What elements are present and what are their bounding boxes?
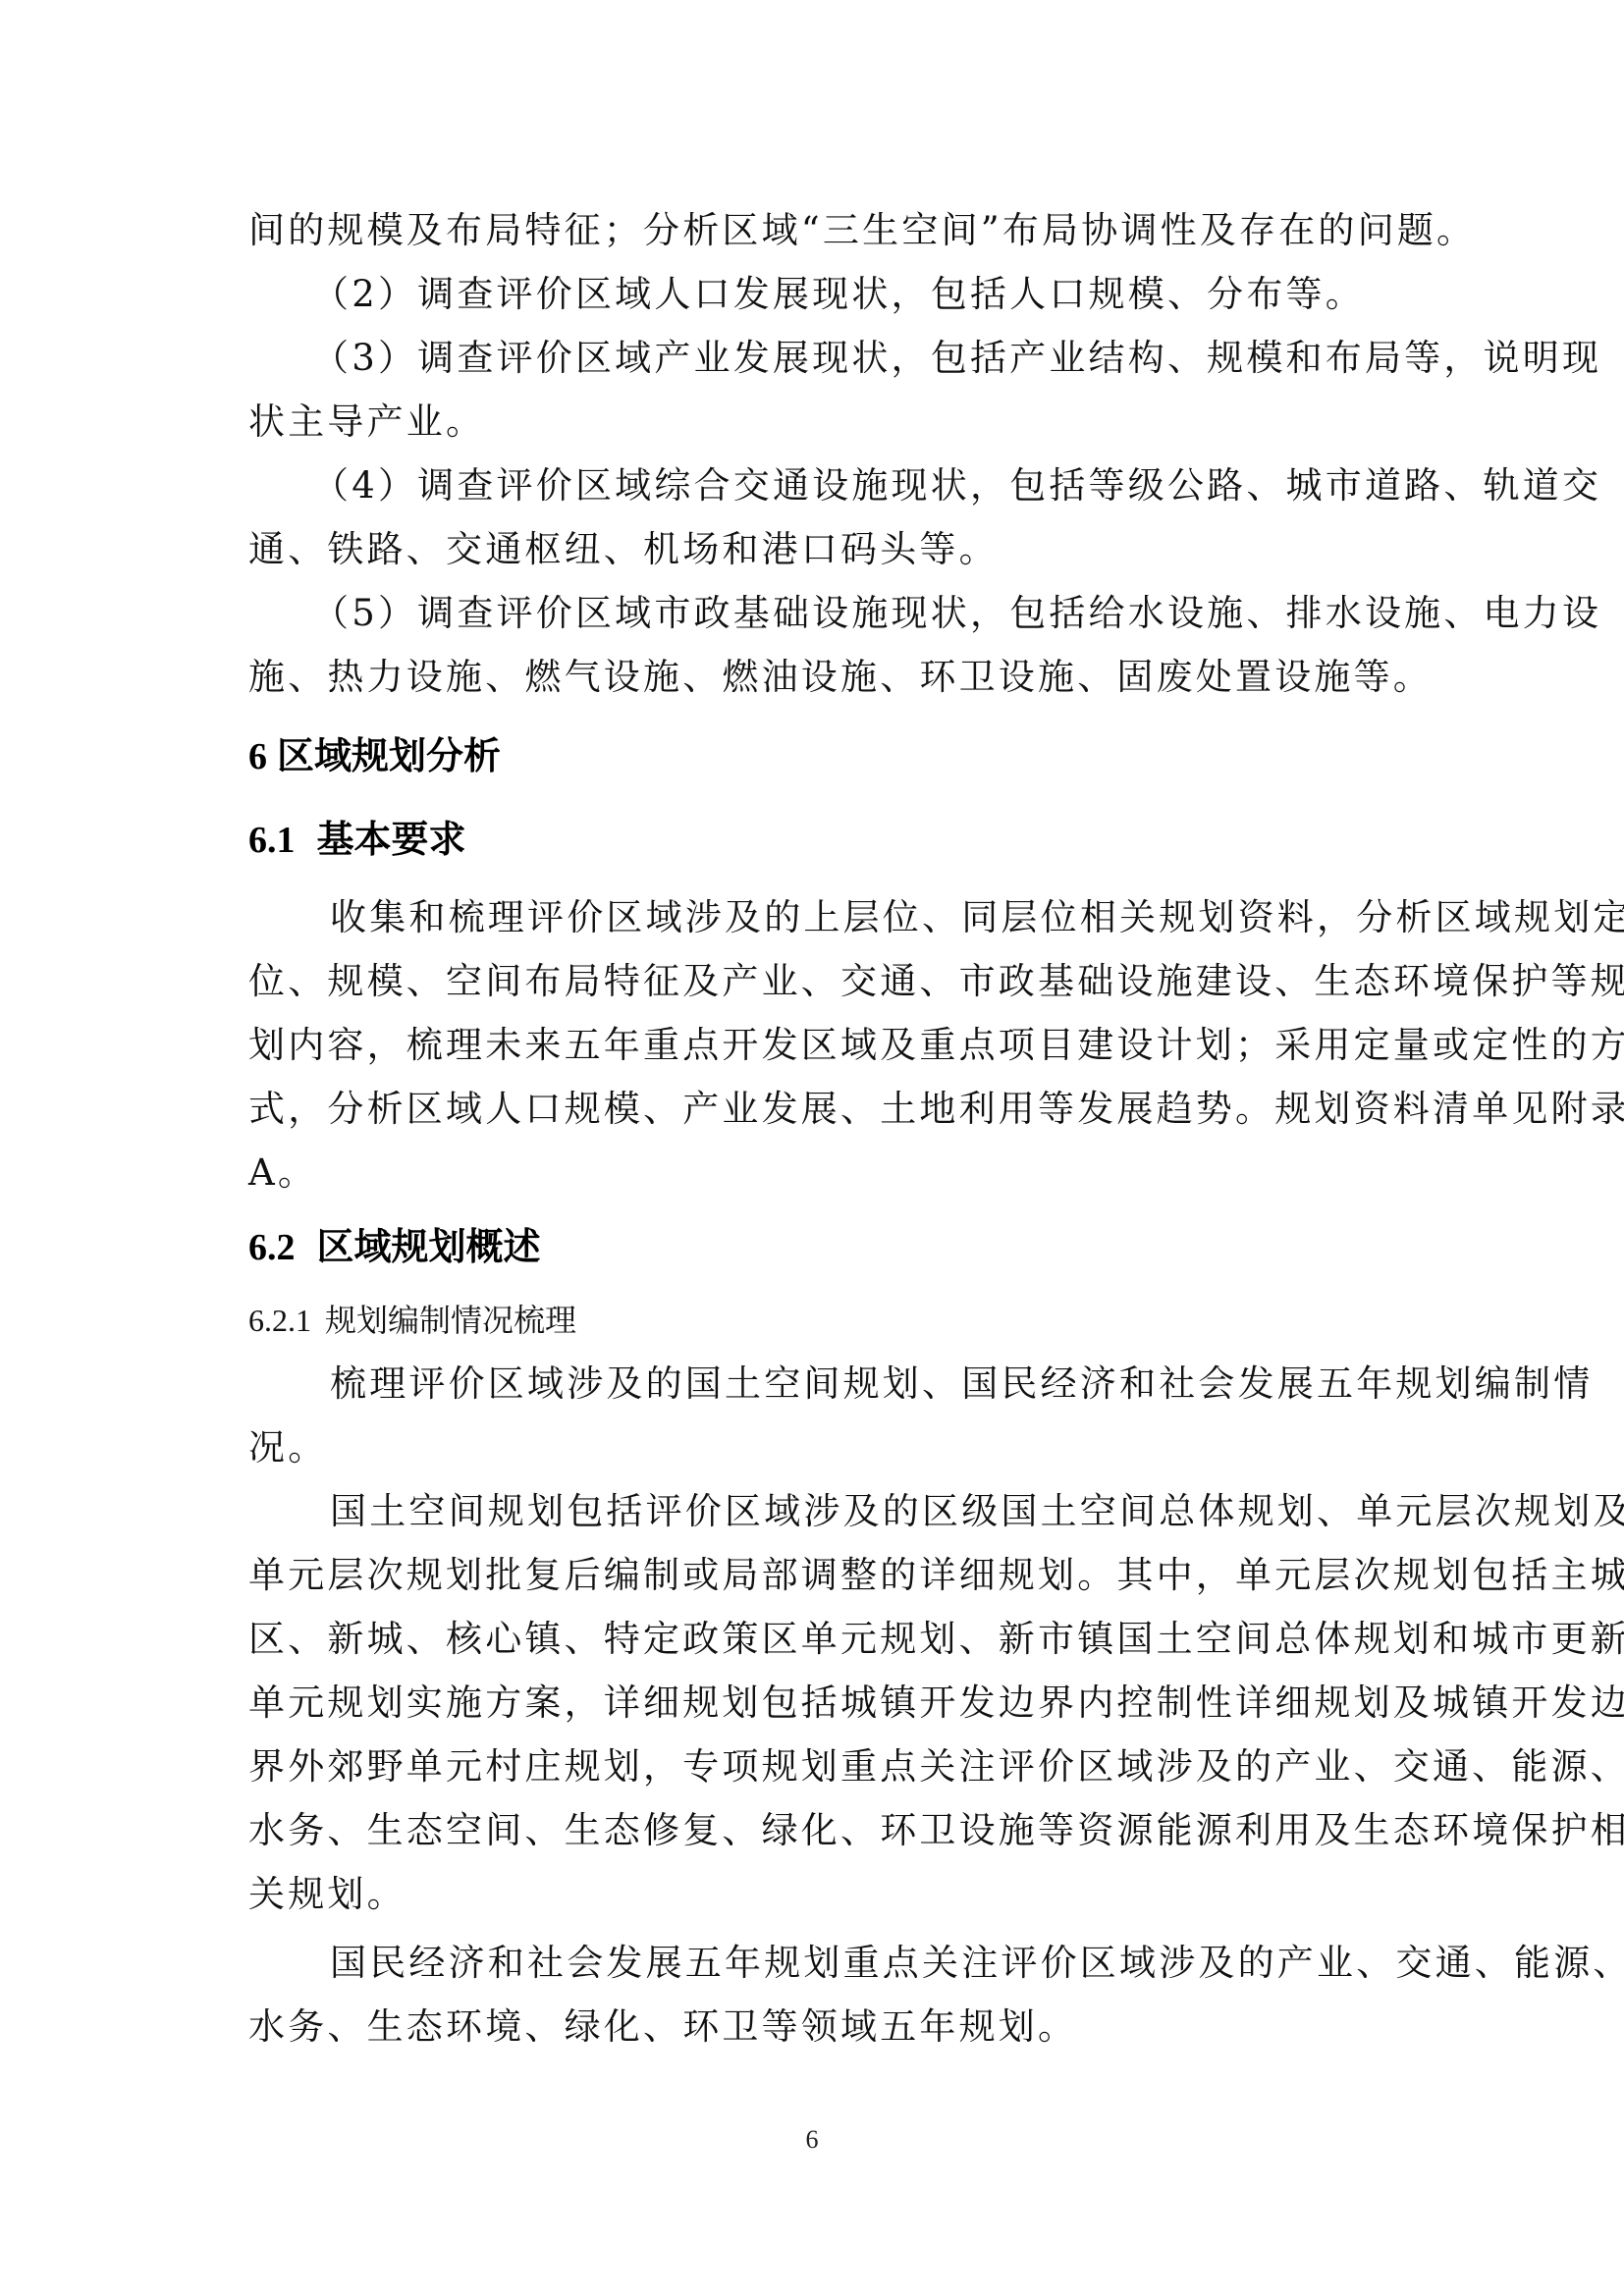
body-text-line: 划内容，梳理未来五年重点开发区域及重点项目建设计划；采用定量或定性的方 xyxy=(248,1014,1380,1077)
list-item-2: （2）调查评价区域人口发展现状，包括人口规模、分布等。 xyxy=(312,263,1362,326)
chapter-number: 6 xyxy=(248,736,267,777)
subsection-title: 规划编制情况梳理 xyxy=(325,1302,576,1339)
subsection-heading-6-2-1: 6.2.1规划编制情况梳理 xyxy=(248,1293,576,1348)
list-item-4: （4）调查评价区域综合交通设施现状，包括等级公路、城市道路、轨道交 xyxy=(312,454,1362,517)
body-text-line: 状主导产业。 xyxy=(248,391,1380,454)
subsection-number: 6.2.1 xyxy=(248,1303,311,1338)
body-text-line: 单元层次规划批复后编制或局部调整的详细规划。其中，单元层次规划包括主城 xyxy=(248,1544,1380,1607)
body-text-line: 况。 xyxy=(248,1416,1380,1479)
section-number: 6.1 xyxy=(248,820,296,861)
body-text-line: 式，分析区域人口规模、产业发展、土地利用等发展趋势。规划资料清单见附录 xyxy=(248,1078,1380,1141)
body-text-line: 位、规模、空间布局特征及产业、交通、市政基础设施建设、生态环境保护等规 xyxy=(248,950,1380,1013)
chapter-heading: 6区域规划分析 xyxy=(248,726,501,785)
body-text-line: 界外郊野单元村庄规划，专项规划重点关注评价区域涉及的产业、交通、能源、 xyxy=(248,1735,1380,1798)
document-page: 间的规模及布局特征；分析区域“三生空间”布局协调性及存在的问题。 （2）调查评价… xyxy=(0,0,1624,2296)
body-text-line: 关规划。 xyxy=(248,1863,1380,1926)
body-text-line: 水务、生态空间、生态修复、绿化、环卫设施等资源能源利用及生态环境保护相 xyxy=(248,1799,1380,1862)
section-heading-6-2: 6.2区域规划概述 xyxy=(248,1217,541,1276)
body-text-line: 收集和梳理评价区域涉及的上层位、同层位相关规划资料，分析区域规划定 xyxy=(330,886,1380,949)
list-item-5: （5）调查评价区域市政基础设施现状，包括给水设施、排水设施、电力设 xyxy=(312,582,1362,645)
page-number: 6 xyxy=(0,2125,1624,2155)
section-title: 区域规划概述 xyxy=(317,1225,541,1268)
body-text-line: 间的规模及布局特征；分析区域“三生空间”布局协调性及存在的问题。 xyxy=(248,199,1380,262)
section-heading-6-1: 6.1基本要求 xyxy=(248,810,466,869)
section-number: 6.2 xyxy=(248,1227,296,1268)
body-text-line: 施、热力设施、燃气设施、燃油设施、环卫设施、固废处置设施等。 xyxy=(248,646,1380,709)
list-item-3: （3）调查评价区域产业发展现状，包括产业结构、规模和布局等，说明现 xyxy=(312,327,1362,390)
body-text-line: 国民经济和社会发展五年规划重点关注评价区域涉及的产业、交通、能源、 xyxy=(330,1932,1380,1995)
body-text-line: 国土空间规划包括评价区域涉及的区级国土空间总体规划、单元层次规划及 xyxy=(330,1480,1380,1543)
body-text-line: 梳理评价区域涉及的国土空间规划、国民经济和社会发展五年规划编制情 xyxy=(330,1353,1380,1415)
body-text-line: 区、新城、核心镇、特定政策区单元规划、新市镇国土空间总体规划和城市更新 xyxy=(248,1608,1380,1671)
body-text-line: 通、铁路、交通枢纽、机场和港口码头等。 xyxy=(248,518,1380,581)
body-text-line: 水务、生态环境、绿化、环卫等领域五年规划。 xyxy=(248,1996,1380,2058)
section-title: 基本要求 xyxy=(317,818,466,861)
chapter-title: 区域规划分析 xyxy=(277,734,501,777)
body-text-line: 单元规划实施方案，详细规划包括城镇开发边界内控制性详细规划及城镇开发边 xyxy=(248,1672,1380,1735)
body-text-line: A。 xyxy=(248,1142,1380,1204)
